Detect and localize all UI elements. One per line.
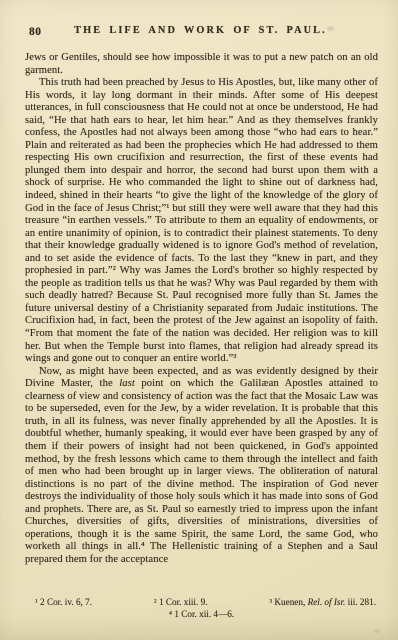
running-title: THE LIFE AND WORK OF ST. PAUL.	[25, 25, 376, 36]
paragraph: Now, as might have been expected, and as…	[25, 366, 378, 567]
footnote-1: ¹ 2 Cor. iv. 6, 7.	[35, 597, 92, 609]
footnote-text: ³ Kuenen,	[269, 597, 307, 607]
footnote-2: ² 1 Cor. xiii. 9.	[154, 597, 208, 609]
footnote-row: ¹ 2 Cor. iv. 6, 7. ² 1 Cor. xiii. 9. ³ K…	[25, 597, 378, 609]
footnote-text: iii. 281.	[345, 597, 376, 607]
footnote-4: ⁴ 1 Cor. xii. 4—6.	[169, 609, 234, 619]
footnote-3: ³ Kuenen, Rel. of Isr. iii. 281.	[269, 597, 376, 609]
footnote-row: ⁴ 1 Cor. xii. 4—6.	[25, 609, 378, 621]
page-number: 80	[29, 26, 42, 38]
scan-artifact	[374, 630, 380, 632]
paragraph-text: point on which the Galilæan Apostles att…	[25, 378, 378, 565]
page-body: Jews or Gentiles, should see how impossi…	[25, 52, 378, 566]
footnote-citation: Rel. of Isr.	[308, 597, 346, 607]
footnotes: ¹ 2 Cor. iv. 6, 7. ² 1 Cor. xiii. 9. ³ K…	[25, 597, 378, 620]
paragraph-emphasis: last	[119, 378, 135, 389]
paragraph: This truth had been preached by Jesus to…	[25, 77, 378, 366]
page-header: 80 THE LIFE AND WORK OF ST. PAUL.	[25, 25, 376, 39]
paragraph-continuation: Jews or Gentiles, should see how impossi…	[25, 52, 378, 77]
book-page: 80 THE LIFE AND WORK OF ST. PAUL. Jews o…	[0, 0, 398, 640]
